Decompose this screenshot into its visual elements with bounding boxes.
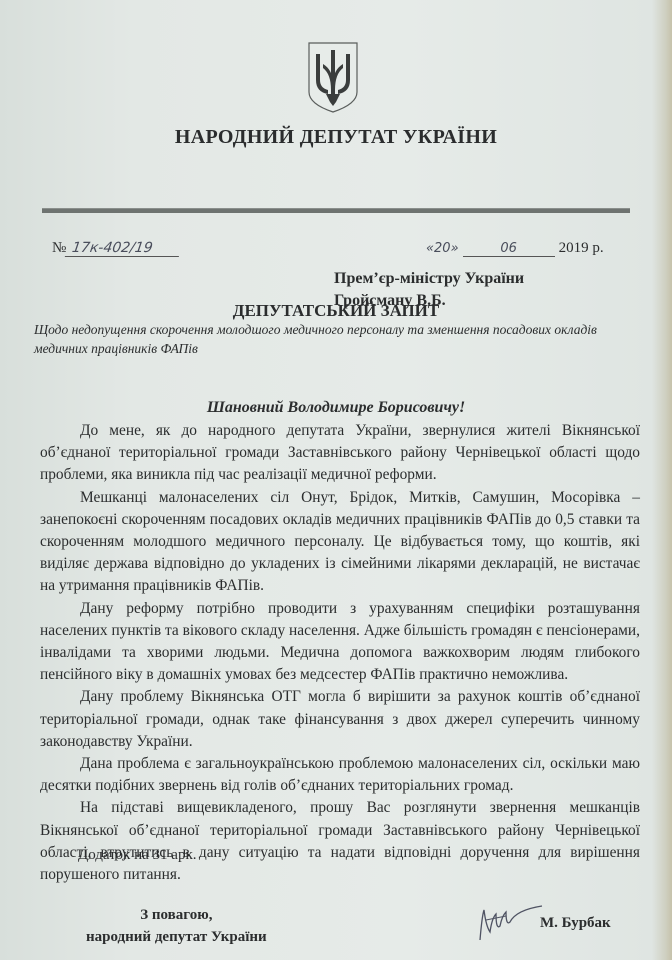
- letter-body: До мене, як до народного депутата Україн…: [40, 420, 640, 886]
- body-paragraph: Мешканці малонаселених сіл Онут, Брідок,…: [40, 487, 640, 598]
- coat-of-arms-icon: [306, 40, 360, 114]
- number-value: 17к-402/19: [65, 240, 181, 257]
- request-subject: Щодо недопущення скорочення молодшого ме…: [34, 320, 644, 358]
- attachment-note: Додаток на 31 арк.: [78, 847, 196, 864]
- salutation: Шановний Володимире Борисовичу!: [0, 399, 672, 417]
- registration-number: №17к-402/19: [52, 240, 180, 257]
- body-paragraph: До мене, як до народного депутата Україн…: [40, 420, 640, 487]
- body-paragraph: Дану реформу потрібно проводити з урахув…: [40, 598, 640, 687]
- handwritten-signature-icon: [476, 896, 546, 946]
- document-date: «20»062019 р.: [426, 240, 604, 257]
- body-paragraph: На підставі вищевикладеного, прошу Вас р…: [40, 797, 640, 886]
- closing-block: З повагою, народний депутат України: [86, 904, 267, 948]
- date-month: 06: [463, 241, 555, 257]
- addressee-position: Прем’єр-міністру України: [334, 268, 524, 290]
- date-day: «20»: [426, 241, 459, 256]
- closing-title: народний депутат України: [86, 926, 267, 948]
- header-divider: [42, 208, 630, 213]
- body-paragraph: Дана проблема є загальноукраїнською проб…: [40, 753, 640, 797]
- date-year: 2019 р.: [559, 240, 604, 256]
- closing-regards: З повагою,: [86, 904, 267, 926]
- letterhead-title: НАРОДНИЙ ДЕПУТАТ УКРАЇНИ: [0, 126, 672, 149]
- request-title: ДЕПУТАТСЬКИЙ ЗАПИТ: [0, 301, 672, 321]
- body-paragraph: Дану проблему Вікнянська ОТГ могла б вир…: [40, 686, 640, 753]
- signer-name: М. Бурбак: [540, 915, 611, 932]
